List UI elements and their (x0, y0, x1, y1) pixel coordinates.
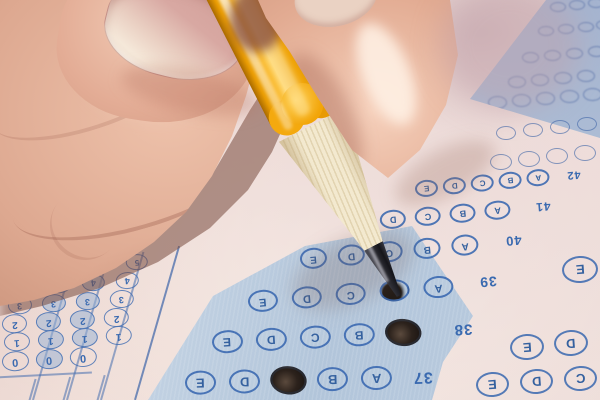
scene-photo: E D C B A 42 E D C B A 41 E D C B A 40 E… (0, 0, 600, 400)
question-number-37: 37 (413, 368, 433, 387)
distant-bubble (518, 151, 540, 167)
distant-bubble (546, 148, 568, 164)
bubble-letter: C (424, 211, 431, 221)
distant-bubble (588, 0, 600, 8)
question-number-42: 42 (565, 164, 581, 183)
distant-bubble (574, 145, 596, 161)
distant-bubble (569, 0, 585, 10)
id-bubble-1: 1 (105, 325, 132, 346)
side-bubble-E: E (509, 333, 545, 361)
grid-line (0, 371, 92, 378)
bubble-41-A: A (484, 200, 512, 221)
bubble-letter: D (267, 333, 276, 345)
bubble-letter: B (507, 176, 514, 185)
bubble-letter: B (459, 208, 466, 218)
distant-bubble (577, 117, 597, 131)
side-bubble-E: E (561, 255, 599, 284)
distant-bubble (578, 22, 594, 32)
index-finger-highlight (344, 15, 429, 133)
bubble-38-D: D (255, 327, 287, 352)
bubble-letter: C (311, 331, 320, 343)
side-bubble-D: D (553, 329, 589, 357)
id-bubble-0: 0 (1, 350, 29, 372)
bubble-38-B: B (343, 322, 375, 347)
id-bubble-0: 0 (69, 346, 97, 368)
bubble-37-C-filled: C (269, 364, 309, 396)
bubble-41-B: B (449, 203, 477, 224)
distant-bubble (550, 120, 570, 134)
distant-bubble (583, 88, 600, 101)
bubble-letter: E (196, 376, 205, 389)
bubble-letter: E (223, 335, 232, 347)
bubble-37-A: A (361, 366, 393, 391)
bubble-38-A-filled: A (384, 317, 423, 347)
distant-bubble (588, 46, 600, 57)
bubble-letter: A (434, 281, 443, 293)
bubble-42-B: B (498, 170, 523, 189)
bubble-letter: B (355, 329, 364, 341)
id-bubble-0: 0 (35, 348, 63, 370)
bubble-39-E: E (247, 289, 279, 313)
side-bubble-D: D (519, 368, 554, 395)
id-bubble-1: 1 (3, 331, 30, 352)
question-number-40: 40 (504, 231, 522, 250)
side-bubble-E: E (475, 371, 510, 398)
bubble-letter: E (259, 295, 267, 307)
bubble-letter: A (461, 240, 469, 251)
side-bubble-C: C (563, 365, 598, 392)
question-number-38: 38 (453, 320, 473, 339)
id-bubble-1: 1 (71, 327, 98, 348)
distant-bubble (560, 90, 579, 103)
distant-bubble (523, 123, 543, 137)
distant-bubble (577, 70, 595, 82)
id-bubble-3: 3 (109, 289, 134, 308)
bubble-37-D: D (229, 369, 261, 394)
id-bubble-1: 1 (37, 329, 64, 350)
bubble-letter: A (372, 371, 382, 384)
bubble-letter: C (479, 178, 486, 187)
bubble-letter: B (328, 373, 338, 386)
bubble-38-E: E (211, 329, 243, 354)
bubble-38-C: C (299, 325, 331, 350)
distant-bubble (496, 126, 516, 140)
bubble-letter: A (535, 173, 542, 182)
bubble-37-E: E (185, 370, 217, 395)
bubble-letter: D (240, 375, 250, 388)
bubble-37-B: B (317, 367, 349, 392)
bubble-40-A: A (451, 233, 480, 256)
bubble-42-A: A (526, 168, 551, 187)
question-number-41: 41 (534, 197, 551, 216)
bubble-letter: A (494, 205, 501, 215)
distant-bubble (596, 20, 600, 30)
question-number-39: 39 (479, 273, 498, 292)
